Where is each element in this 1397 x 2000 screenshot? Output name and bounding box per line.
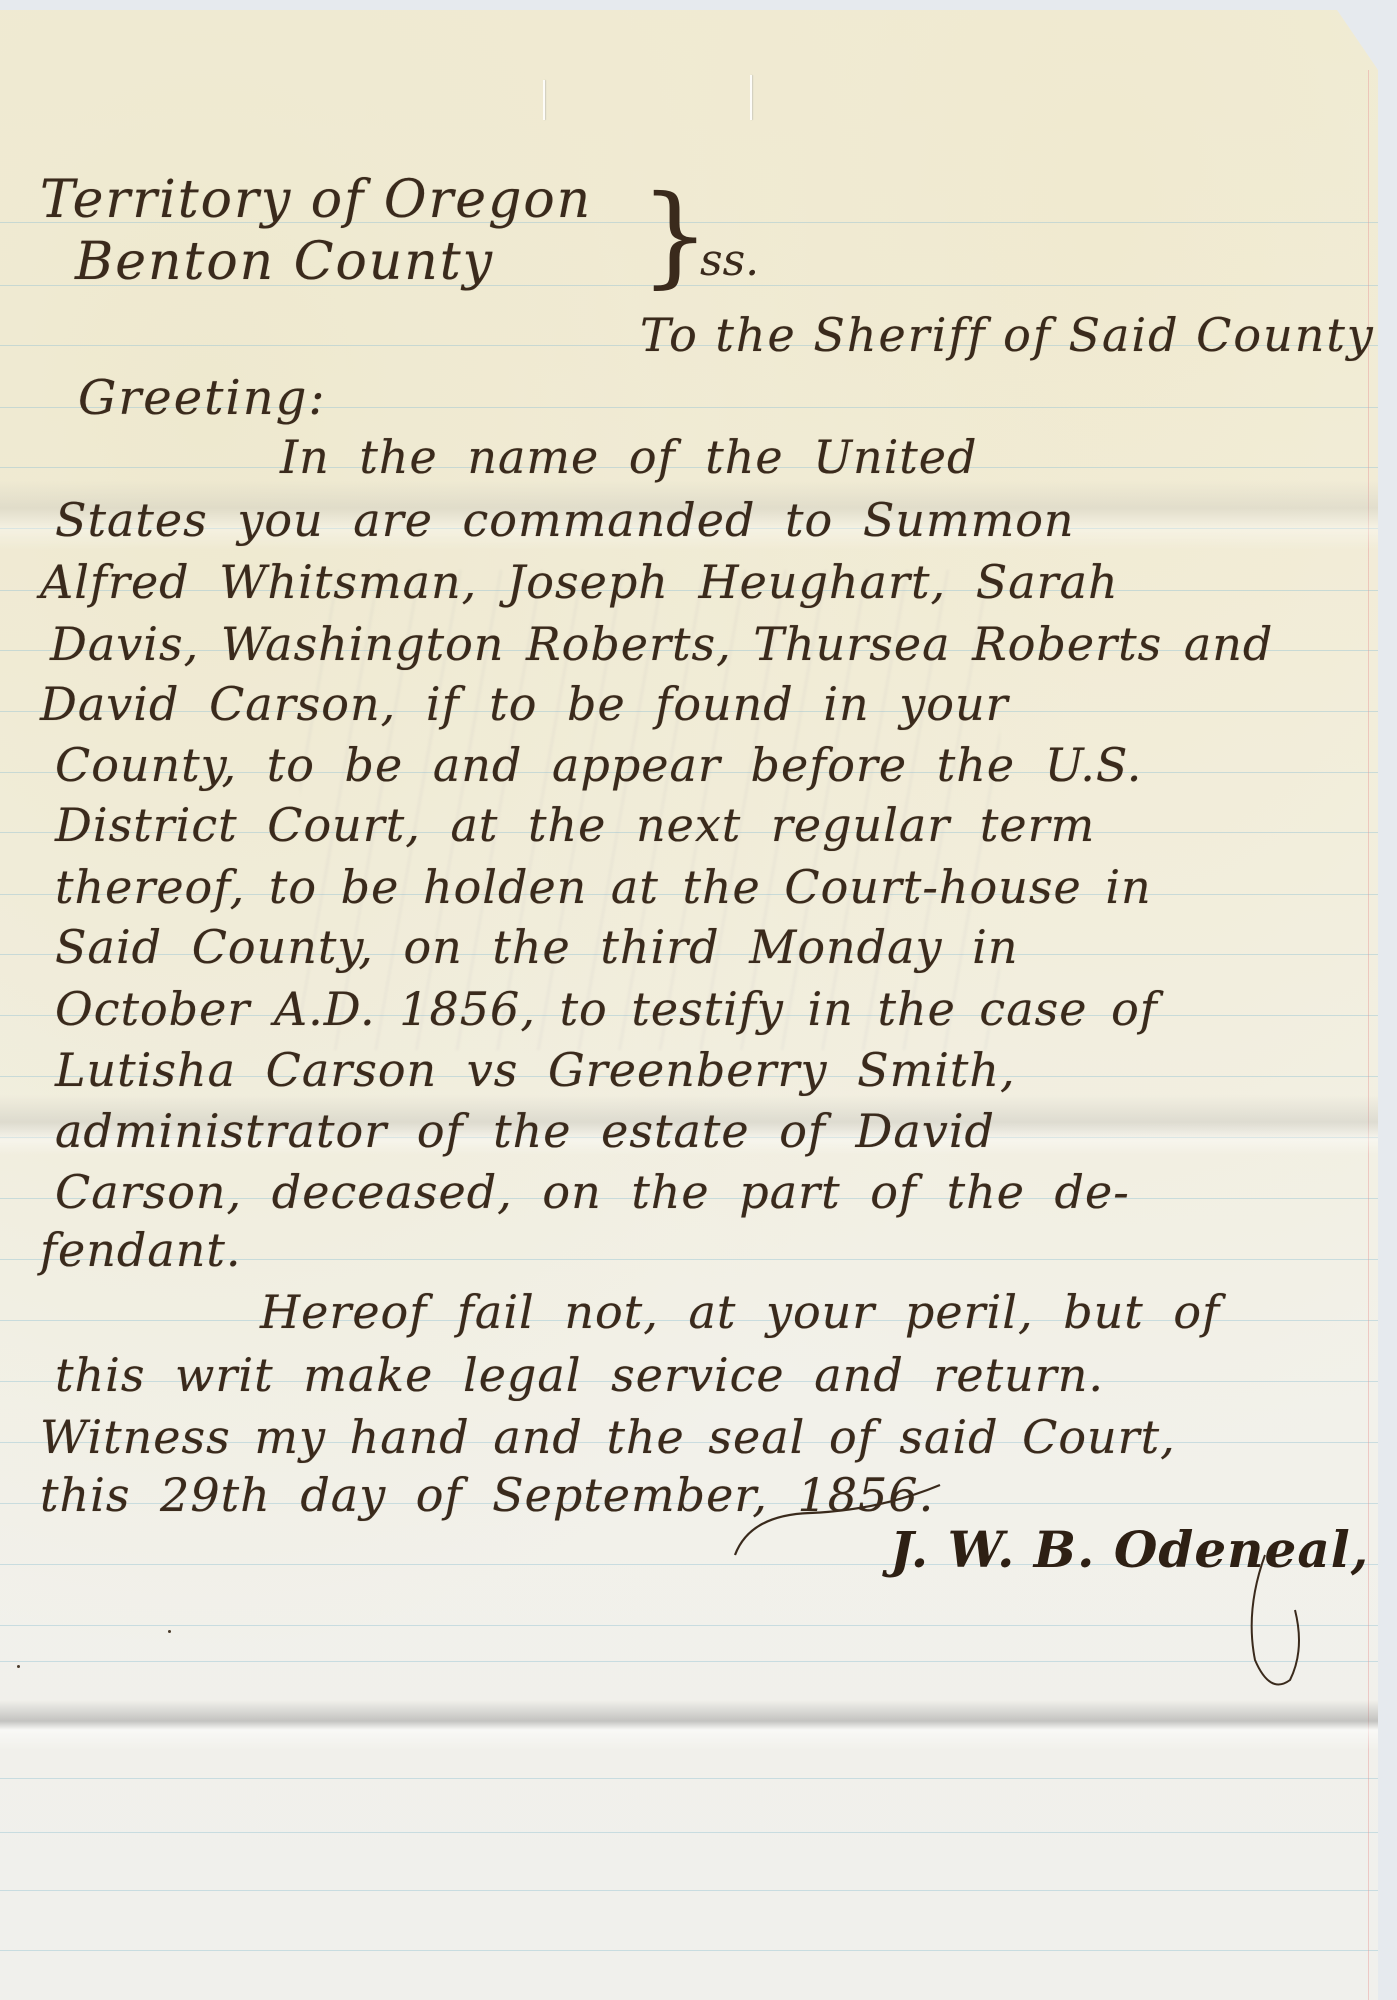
body-line: David Carson, if to be found in your — [40, 677, 1009, 731]
fold-crease — [0, 1700, 1378, 1750]
ink-speck — [17, 1665, 20, 1668]
body-line: Davis, Washington Roberts, Thursea Rober… — [50, 617, 1273, 671]
closing-line: this writ make legal service and return. — [55, 1348, 1104, 1402]
scanned-document: Territory of Oregon Benton County } ss. … — [0, 0, 1397, 2000]
paper-tear — [750, 75, 752, 120]
body-line: States you are commanded to Summon — [55, 493, 1075, 547]
ruled-line — [0, 1625, 1378, 1626]
paper-sheet: Territory of Oregon Benton County } ss. … — [0, 10, 1378, 2000]
body-line: fendant. — [40, 1223, 241, 1277]
ruled-line — [0, 1950, 1378, 1951]
body-line: Lutisha Carson vs Greenberry Smith, — [55, 1043, 1016, 1097]
addressee: To the Sheriff of Said County — [640, 308, 1375, 362]
body-line: Said County, on the third Monday in — [55, 920, 1019, 974]
closing-line: Witness my hand and the seal of said Cou… — [40, 1410, 1176, 1464]
territory-line: Territory of Oregon — [40, 170, 592, 230]
ruled-line — [0, 1661, 1378, 1662]
body-line: thereof, to be holden at the Court-house… — [55, 860, 1152, 914]
county-line: Benton County — [75, 232, 494, 292]
body-line: Carson, deceased, on the part of the de- — [55, 1165, 1130, 1219]
paper-tear — [543, 80, 545, 120]
ss-mark: ss. — [700, 235, 759, 286]
closing-line: Hereof fail not, at your peril, but of — [260, 1285, 1220, 1339]
ruled-line — [0, 1832, 1378, 1833]
ruled-line — [0, 1778, 1378, 1779]
signature-loop — [1240, 1550, 1310, 1700]
ink-speck — [168, 1630, 171, 1633]
body-line: Alfred Whitsman, Joseph Heughart, Sarah — [40, 555, 1119, 609]
salutation: Greeting: — [78, 370, 327, 426]
body-line: In the name of the United — [280, 430, 977, 484]
body-line: October A.D. 1856, to testify in the cas… — [55, 982, 1158, 1036]
ruled-line — [0, 1890, 1378, 1891]
body-line: County, to be and appear before the U.S. — [55, 738, 1142, 792]
body-line: District Court, at the next regular term — [55, 798, 1095, 852]
body-line: administrator of the estate of David — [55, 1104, 995, 1158]
